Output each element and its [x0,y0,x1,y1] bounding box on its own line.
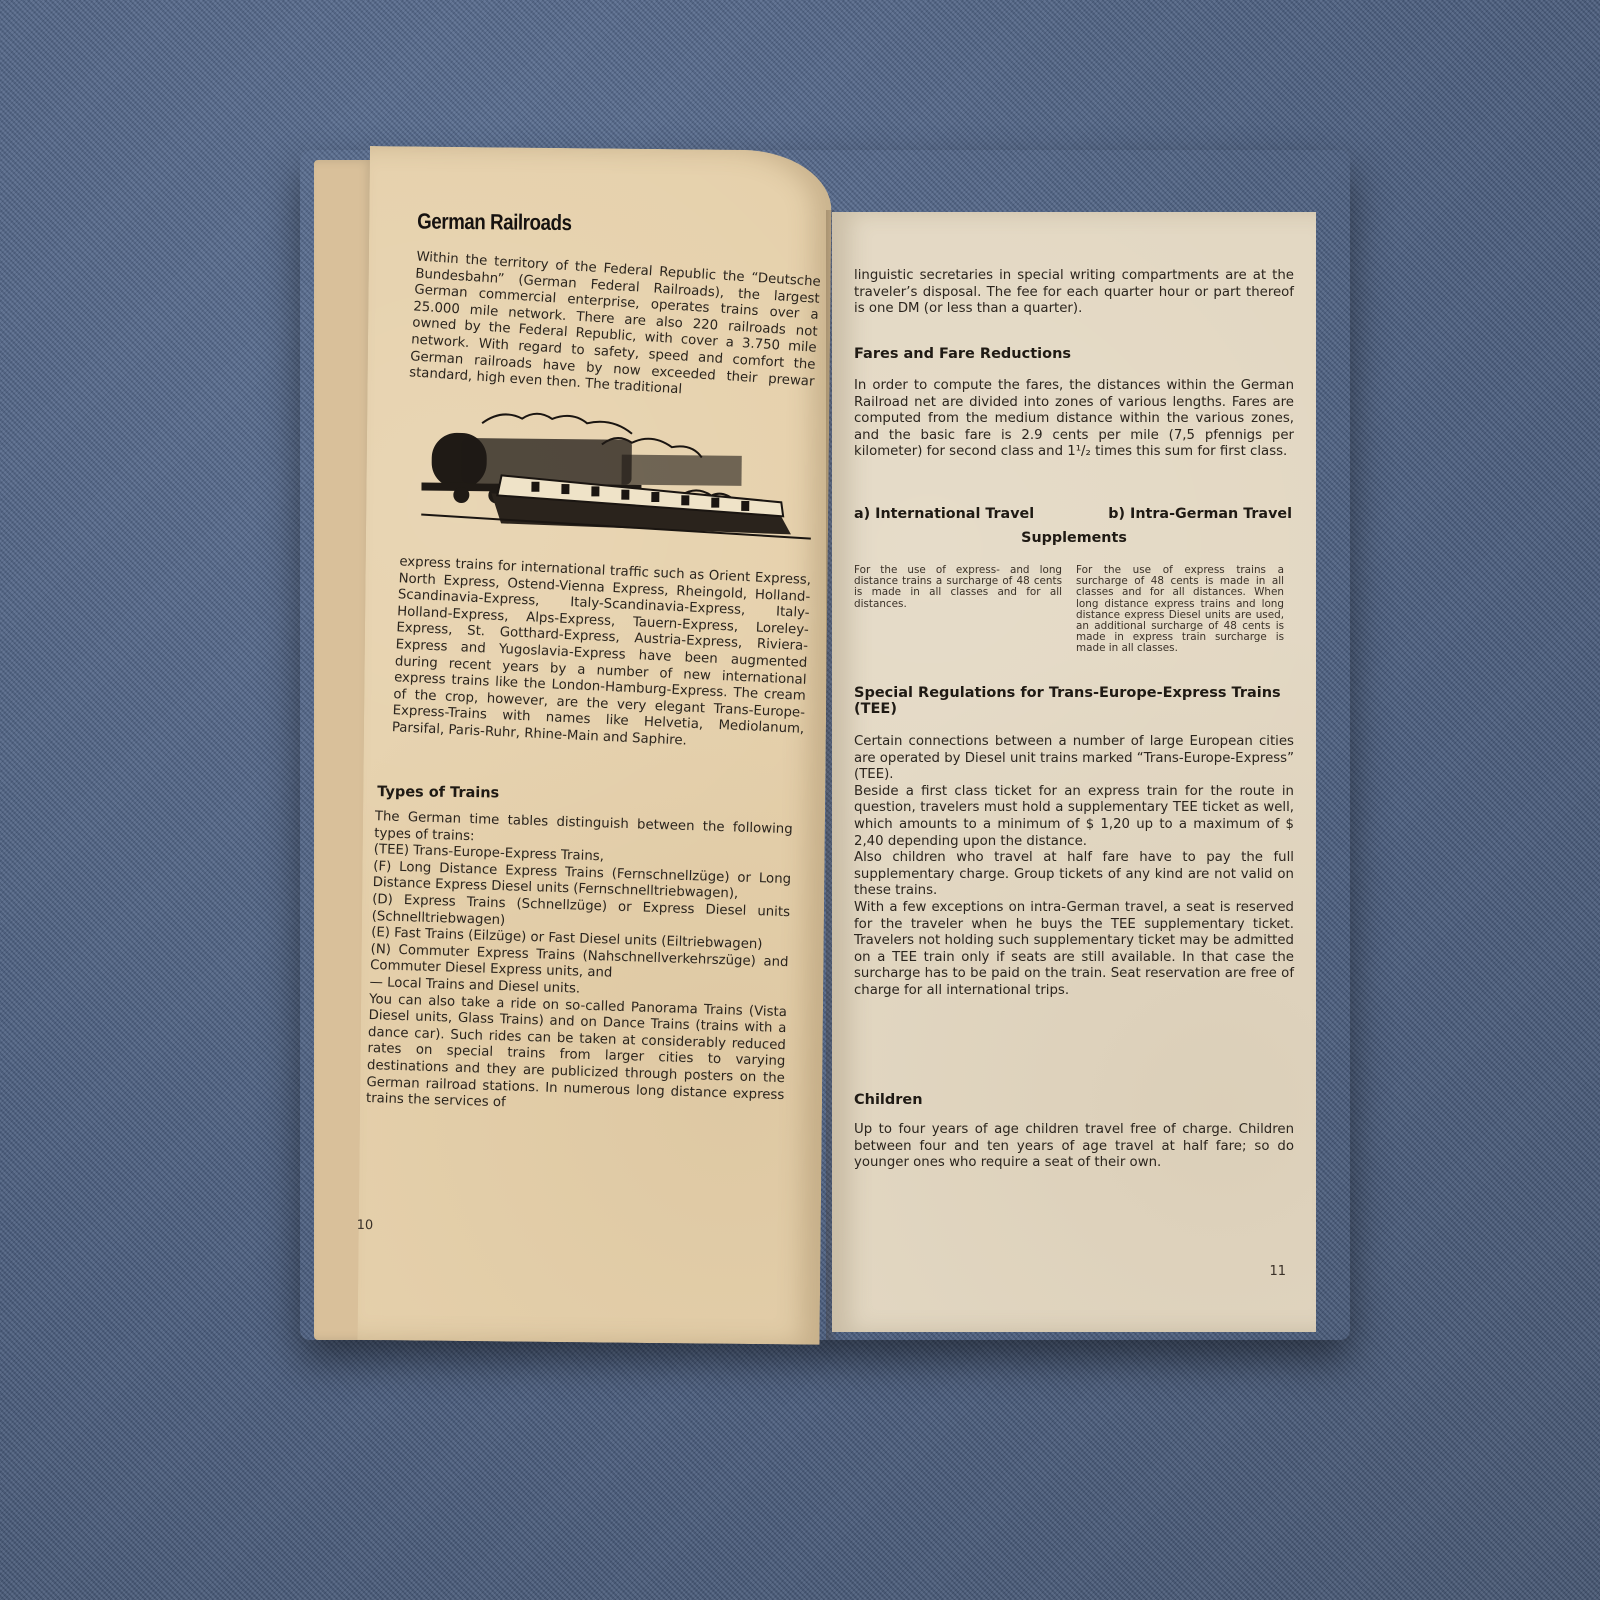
fares-paragraph: In order to compute the fares, the dista… [854,378,1294,461]
intro-paragraph: Within the territory of the Federal Repu… [409,249,822,407]
tee-paragraph: Also children who travel at half fare ha… [854,850,1294,900]
right-page: linguistic secretaries in special writin… [832,212,1316,1332]
page-number-right: 11 [1269,1264,1286,1279]
tee-paragraph: With a few exceptions on intra-German tr… [854,900,1294,1000]
express-trains-paragraph: express trains for international traffic… [391,554,811,755]
section-heading-types-of-trains: Types of Trains [377,784,499,801]
train-illustration-icon [421,403,812,547]
section-heading-children: Children [854,1092,1294,1108]
types-of-trains-list: The German time tables distinguish betwe… [366,809,793,1121]
supplements-heading: Supplements [832,530,1316,546]
tee-paragraph: Certain connections between a number of … [854,734,1294,784]
subheading-international-travel: a) International Travel [854,506,1034,522]
section-heading-fares: Fares and Fare Reductions [854,346,1294,362]
subheading-intra-german-travel: b) Intra-German Travel [1108,506,1292,522]
travel-type-headings: a) International Travel b) Intra-German … [854,506,1292,522]
tee-paragraphs: Certain connections between a number of … [854,734,1294,1000]
left-page: German Railroads Within the territory of… [357,146,831,1345]
children-paragraph: Up to four years of age children travel … [854,1122,1294,1172]
supplement-international-text: For the use of express- and long distanc… [854,565,1062,610]
secretaries-paragraph: linguistic secretaries in special writin… [854,268,1294,318]
tee-paragraph: Beside a first class ticket for an expre… [854,784,1294,850]
page-title: German Railroads [417,208,572,236]
page-number-left: 10 [357,1218,374,1233]
section-heading-tee: Special Regulations for Trans-Europe-Exp… [854,685,1294,717]
supplement-intra-german-text: For the use of express trains a surcharg… [1076,565,1284,655]
panorama-trains-paragraph: You can also take a ride on so-called Pa… [366,992,787,1121]
